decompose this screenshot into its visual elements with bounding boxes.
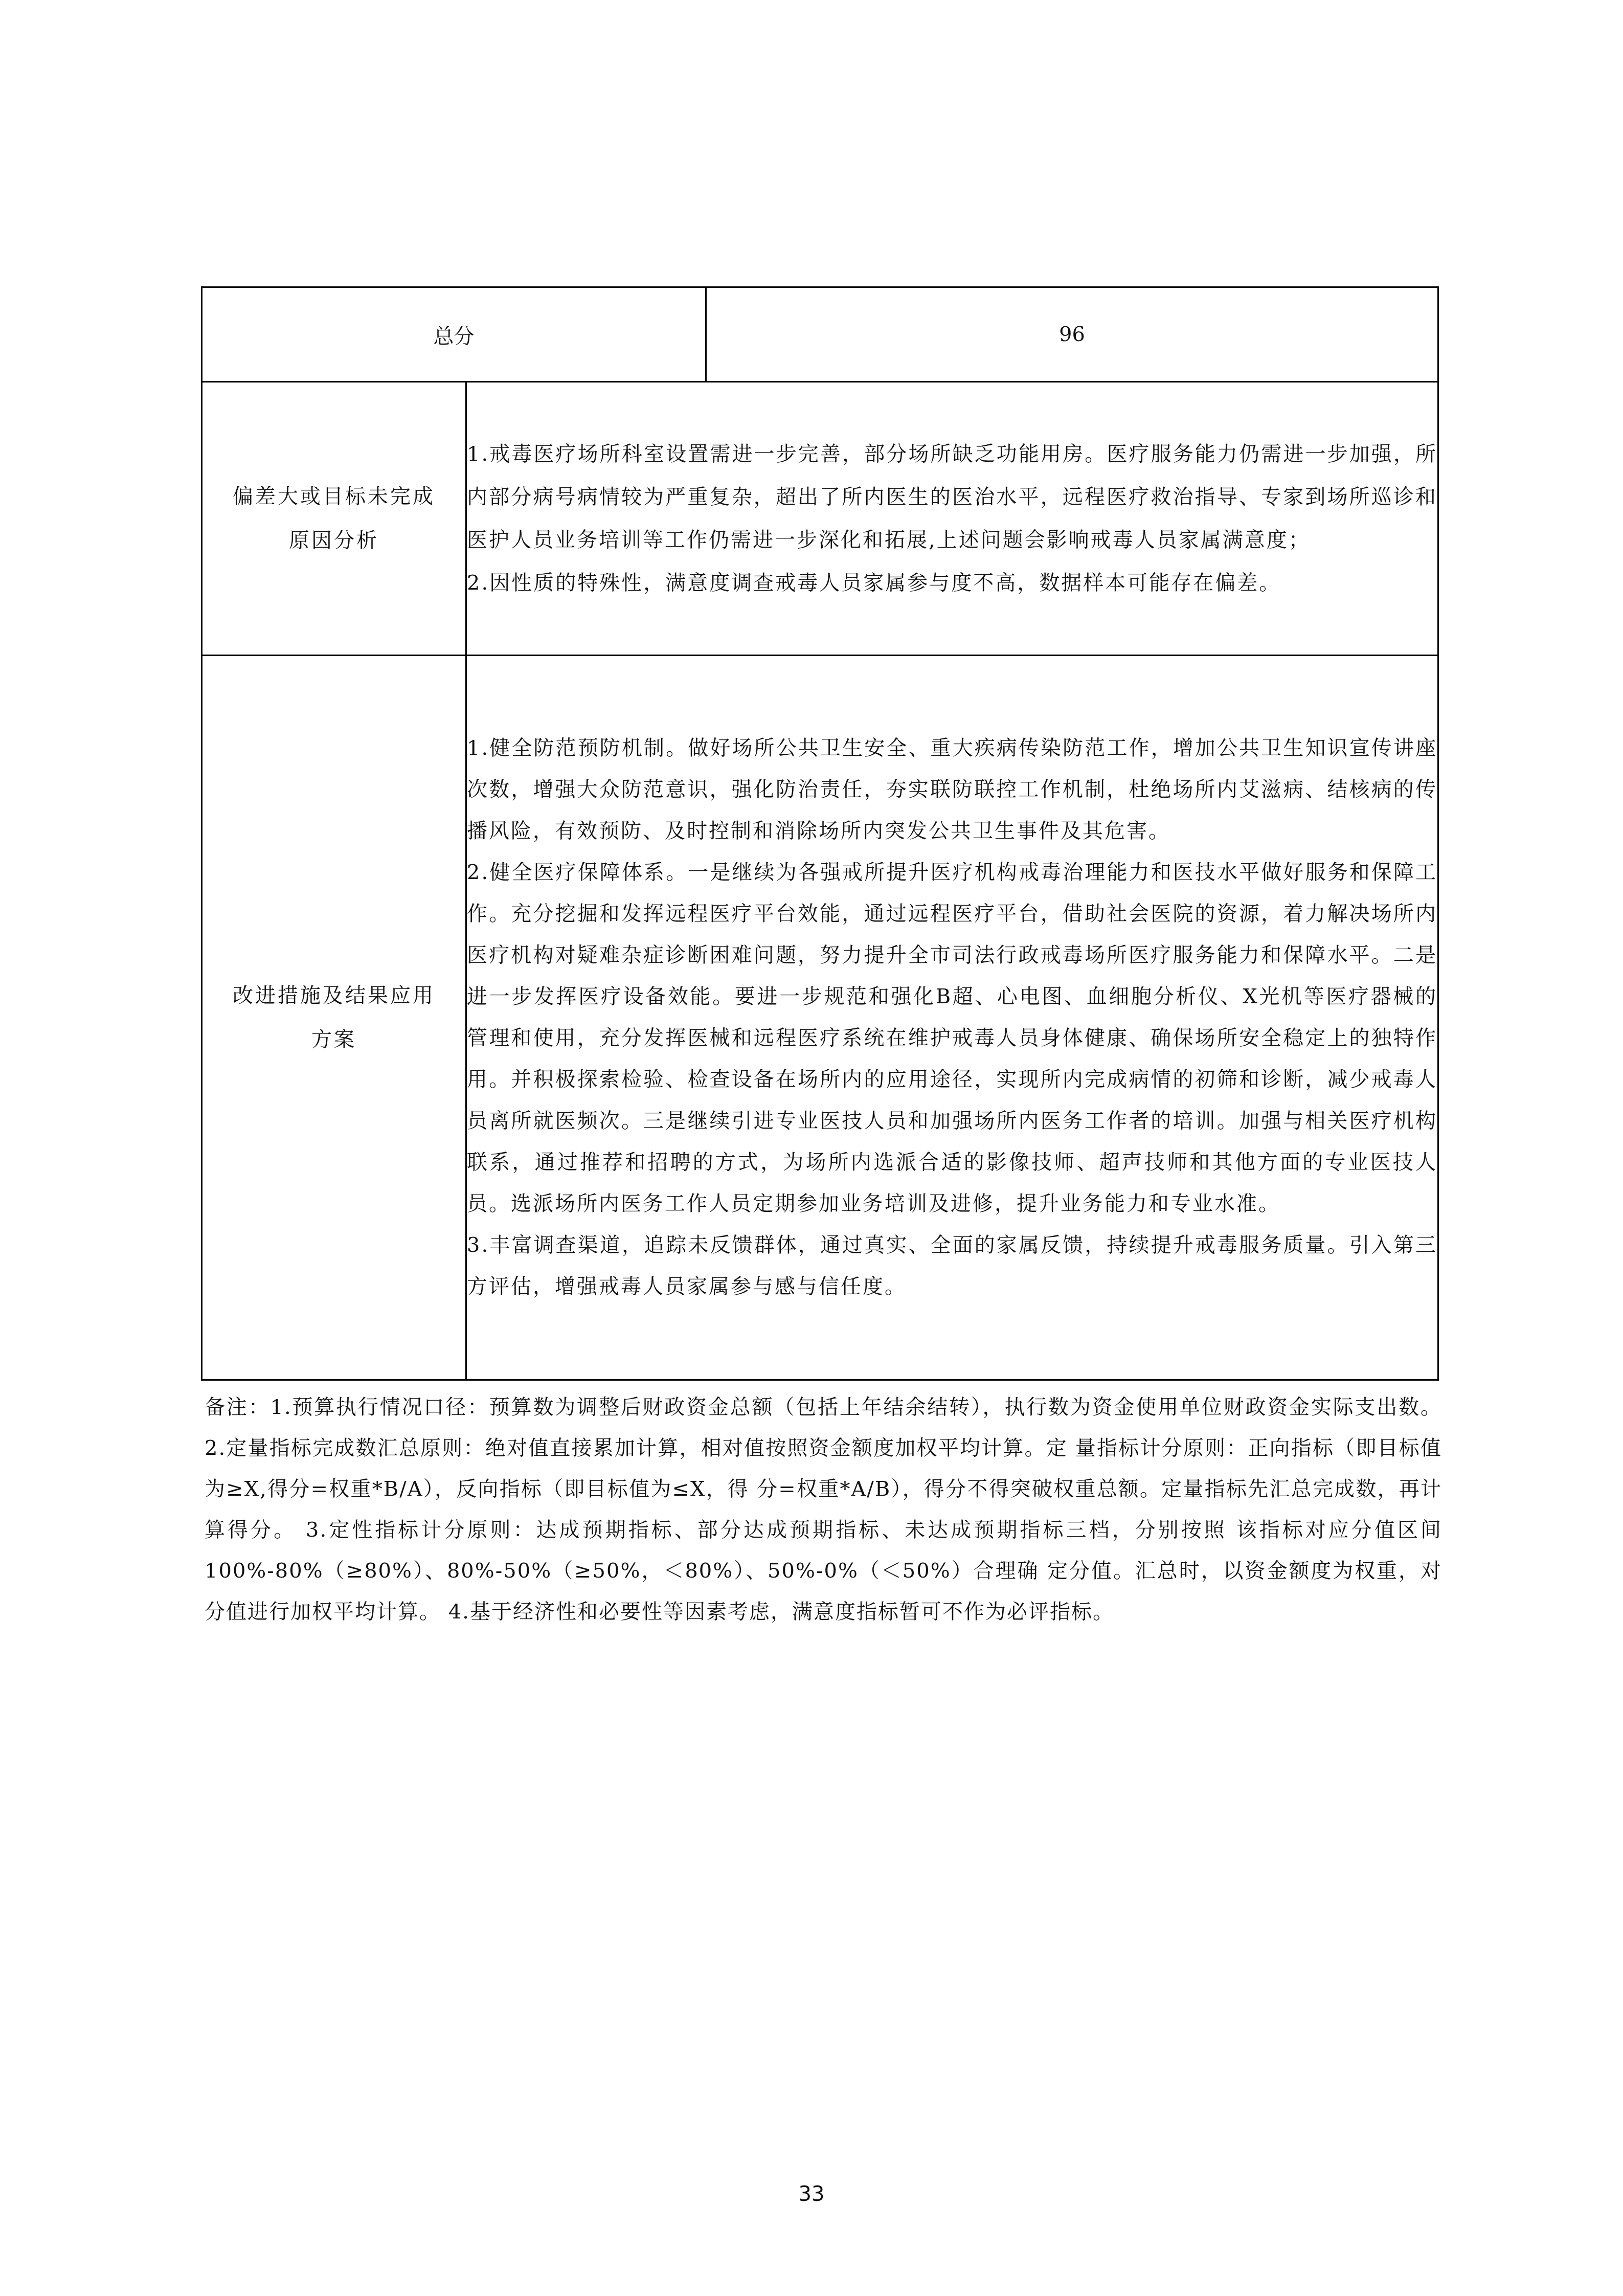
improvement-label-line1: 改进措施及结果应用	[202, 974, 465, 1018]
total-score-label: 总分	[202, 287, 706, 382]
total-score-value: 96	[706, 287, 1438, 382]
deviation-label-line2: 原因分析	[202, 519, 465, 562]
performance-evaluation-table: 总分 96 偏差大或目标未完成 原因分析 1.戒毒医疗场所科室设置需进一步完善，…	[201, 286, 1439, 1381]
improvement-plan-row: 改进措施及结果应用 方案 1.健全防范预防机制。做好场所公共卫生安全、重大疾病传…	[202, 656, 1438, 1380]
improvement-plan-label: 改进措施及结果应用 方案	[202, 656, 466, 1380]
footnote-remarks: 备注：1.预算执行情况口径：预算数为调整后财政资金总额（包括上年结余结转），执行…	[205, 1387, 1442, 1632]
improvement-paragraph: 2.健全医疗保障体系。一是继续为各强戒所提升医疗机构戒毒治理能力和医技水平做好服…	[467, 852, 1437, 1225]
page-number: 33	[0, 2182, 1623, 2206]
improvement-paragraph: 1.健全防范预防机制。做好场所公共卫生安全、重大疾病传染防范工作，增加公共卫生知…	[467, 728, 1437, 852]
deviation-paragraph: 1.戒毒医疗场所科室设置需进一步完善，部分场所缺乏功能用房。医疗服务能力仍需进一…	[467, 433, 1437, 561]
deviation-analysis-label: 偏差大或目标未完成 原因分析	[202, 382, 466, 656]
total-score-row: 总分 96	[202, 287, 1438, 382]
improvement-plan-content: 1.健全防范预防机制。做好场所公共卫生安全、重大疾病传染防范工作，增加公共卫生知…	[466, 656, 1438, 1380]
deviation-analysis-row: 偏差大或目标未完成 原因分析 1.戒毒医疗场所科室设置需进一步完善，部分场所缺乏…	[202, 382, 1438, 656]
deviation-label-line1: 偏差大或目标未完成	[202, 475, 465, 519]
improvement-paragraph: 3.丰富调查渠道，追踪未反馈群体，通过真实、全面的家属反馈，持续提升戒毒服务质量…	[467, 1225, 1437, 1308]
deviation-analysis-content: 1.戒毒医疗场所科室设置需进一步完善，部分场所缺乏功能用房。医疗服务能力仍需进一…	[466, 382, 1438, 656]
deviation-paragraph: 2.因性质的特殊性，满意度调查戒毒人员家属参与度不高，数据样本可能存在偏差。	[467, 561, 1437, 604]
improvement-label-line2: 方案	[202, 1018, 465, 1062]
